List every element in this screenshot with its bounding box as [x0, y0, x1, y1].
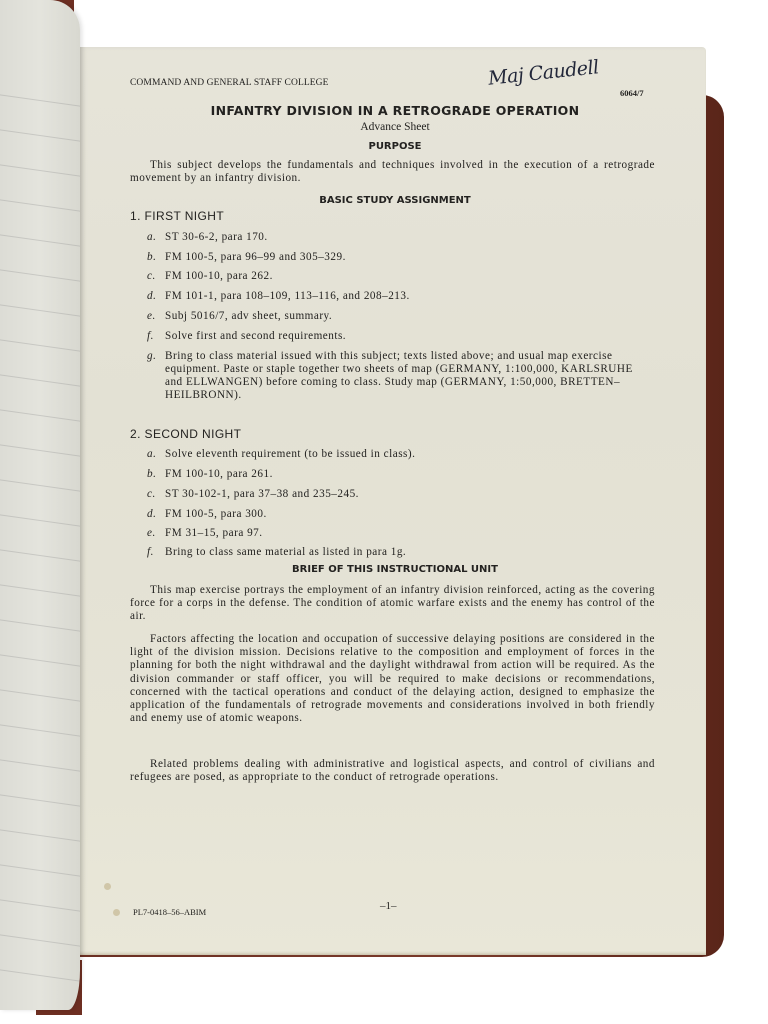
item-letter: c. — [147, 270, 165, 283]
assignment-item: a.Solve eleventh requirement (to be issu… — [147, 448, 647, 461]
assignment-item: c.ST 30-102-1, para 37–38 and 235–245. — [147, 488, 647, 501]
item-text: ST 30-6-2, para 170. — [165, 231, 647, 244]
page-edge-line — [0, 968, 80, 983]
purpose-heading: PURPOSE — [130, 141, 660, 152]
item-text: Subj 5016/7, adv sheet, summary. — [165, 310, 647, 323]
brief-heading: BRIEF OF THIS INSTRUCTIONAL UNIT — [130, 564, 660, 575]
item-letter: f. — [147, 546, 165, 559]
item-letter: d. — [147, 290, 165, 303]
page-edge-line — [0, 303, 80, 318]
item-text: Bring to class same material as listed i… — [165, 546, 647, 559]
assignment-section-heading: 2. SECOND NIGHT — [130, 427, 241, 441]
assignment-item: g.Bring to class material issued with th… — [147, 350, 647, 402]
page-edge-line — [0, 268, 80, 283]
page-edge-line — [0, 898, 80, 913]
page-edge-line — [0, 443, 80, 458]
document-title: INFANTRY DIVISION IN A RETROGRADE OPERAT… — [130, 103, 660, 118]
page-edge-line — [0, 163, 80, 178]
item-letter: b. — [147, 251, 165, 264]
document-number: 6064/7 — [620, 88, 644, 98]
item-text: ST 30-102-1, para 37–38 and 235–245. — [165, 488, 647, 501]
assignment-item: d.FM 100-5, para 300. — [147, 508, 647, 521]
assignment-item: b.FM 100-5, para 96–99 and 305–329. — [147, 251, 647, 264]
brief-paragraph: This map exercise portrays the employmen… — [130, 584, 655, 624]
item-letter: g. — [147, 350, 165, 402]
assignment-item: b.FM 100-10, para 261. — [147, 468, 647, 481]
assignment-item: e.Subj 5016/7, adv sheet, summary. — [147, 310, 647, 323]
page-edge-line — [0, 583, 80, 598]
purpose-text: This subject develops the fundamentals a… — [130, 159, 655, 185]
item-letter: a. — [147, 448, 165, 461]
curled-left-pages — [0, 0, 80, 1010]
assignment-item: c.FM 100-10, para 262. — [147, 270, 647, 283]
assignment-item: f.Solve first and second requirements. — [147, 330, 647, 343]
page-number: –1– — [380, 900, 397, 912]
page-edge-line — [0, 933, 80, 948]
page-edge-line — [0, 128, 80, 143]
assignment-item: e.FM 31–15, para 97. — [147, 527, 647, 540]
item-text: Bring to class material issued with this… — [165, 350, 647, 402]
item-letter: d. — [147, 508, 165, 521]
paper-stain — [104, 883, 111, 890]
page-edge-line — [0, 653, 80, 668]
page-edge-line — [0, 548, 80, 563]
item-text: FM 100-10, para 261. — [165, 468, 647, 481]
assignment-item: d.FM 101-1, para 108–109, 113–116, and 2… — [147, 290, 647, 303]
item-letter: e. — [147, 527, 165, 540]
assignment-section-heading: 1. FIRST NIGHT — [130, 209, 224, 223]
item-letter: e. — [147, 310, 165, 323]
item-letter: f. — [147, 330, 165, 343]
study-assignment-heading: BASIC STUDY ASSIGNMENT — [130, 195, 660, 206]
assignment-item: a.ST 30-6-2, para 170. — [147, 231, 647, 244]
page-edge-line — [0, 688, 80, 703]
item-text: Solve eleventh requirement (to be issued… — [165, 448, 647, 461]
page-edge-line — [0, 863, 80, 878]
page-edge-line — [0, 513, 80, 528]
brief-paragraph: Related problems dealing with administra… — [130, 758, 655, 784]
page-edge-line — [0, 478, 80, 493]
page-edge-line — [0, 338, 80, 353]
brief-paragraph: Factors affecting the location and occup… — [130, 633, 655, 725]
page-edge-line — [0, 233, 80, 248]
page-edge-line — [0, 198, 80, 213]
page-edge-line — [0, 828, 80, 843]
item-text: FM 101-1, para 108–109, 113–116, and 208… — [165, 290, 647, 303]
page-edge-line — [0, 793, 80, 808]
paper-stain — [113, 909, 120, 916]
item-letter: c. — [147, 488, 165, 501]
item-letter: a. — [147, 231, 165, 244]
page-edge-line — [0, 373, 80, 388]
assignment-item: f.Bring to class same material as listed… — [147, 546, 647, 559]
page-edge-line — [0, 408, 80, 423]
item-text: FM 100-5, para 300. — [165, 508, 647, 521]
item-letter: b. — [147, 468, 165, 481]
print-code: PL7-0418–56–ABIM — [133, 907, 206, 917]
page-edge-line — [0, 93, 80, 108]
page-edge-line — [0, 758, 80, 773]
item-text: FM 100-10, para 262. — [165, 270, 647, 283]
document-subtitle: Advance Sheet — [130, 121, 660, 133]
item-text: Solve first and second requirements. — [165, 330, 647, 343]
item-text: FM 100-5, para 96–99 and 305–329. — [165, 251, 647, 264]
page-edge-line — [0, 618, 80, 633]
page-edge-line — [0, 723, 80, 738]
institution-header: COMMAND AND GENERAL STAFF COLLEGE — [130, 78, 329, 88]
item-text: FM 31–15, para 97. — [165, 527, 647, 540]
